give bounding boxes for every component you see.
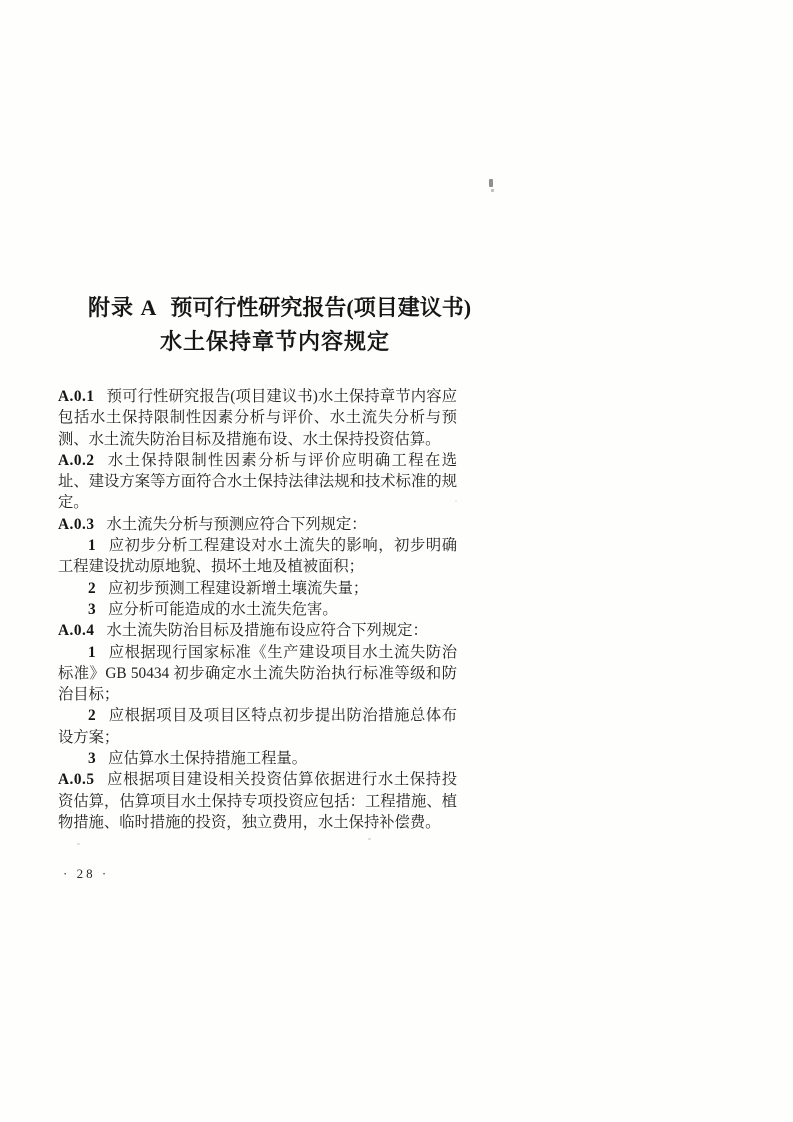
clause-paragraph: A.0.4水土流失防治目标及措施布设应符合下列规定： — [58, 620, 457, 641]
item-text: 应分析可能造成的水土流失危害。 — [108, 601, 337, 618]
clause-list: A.0.1预可行性研究报告(项目建议书)水土保持章节内容应包括水土保持限制性因素… — [58, 386, 457, 833]
numbered-item: 1应初步分析工程建设对水土流失的影响，初步明确工程建设扰动原地貌、损坏土地及植被… — [58, 535, 457, 578]
scan-speckle — [491, 189, 494, 192]
item-number: 3 — [88, 601, 96, 618]
clause-text: 水土流失分析与预测应符合下列规定： — [107, 516, 367, 533]
numbered-item: 2应初步预测工程建设新增土壤流失量； — [58, 578, 457, 599]
scan-speckle — [455, 500, 457, 502]
clause-label: A.0.1 — [58, 388, 95, 405]
item-number: 2 — [88, 707, 96, 724]
appendix-title-text: 预可行性研究报告(项目建议书) — [170, 295, 471, 320]
clause-label: A.0.5 — [58, 771, 95, 788]
clause-paragraph: A.0.3水土流失分析与预测应符合下列规定： — [58, 514, 457, 535]
item-text: 应初步分析工程建设对水土流失的影响，初步明确工程建设扰动原地貌、损坏土地及植被面… — [58, 537, 457, 575]
appendix-title-line1: 附录 A预可行性研究报告(项目建议书) — [88, 291, 471, 325]
clause-label: A.0.3 — [58, 516, 95, 533]
scan-speckle — [489, 179, 493, 187]
clause-text: 预可行性研究报告(项目建议书)水土保持章节内容应包括水土保持限制性因素分析与评价… — [58, 388, 457, 448]
clause-label: A.0.4 — [58, 622, 95, 639]
numbered-item: 2应根据项目及项目区特点初步提出防治措施总体布设方案； — [58, 705, 457, 748]
item-number: 1 — [88, 537, 96, 554]
clause-text: 水土保持限制性因素分析与评价应明确工程在选址、建设方案等方面符合水土保持法律法规… — [58, 452, 457, 512]
item-text: 应根据项目及项目区特点初步提出防治措施总体布设方案； — [58, 707, 457, 745]
clause-paragraph: A.0.1预可行性研究报告(项目建议书)水土保持章节内容应包括水土保持限制性因素… — [58, 386, 457, 450]
appendix-label: 附录 A — [88, 295, 157, 320]
numbered-item: 3应估算水土保持措施工程量。 — [58, 748, 457, 769]
page-number: · 28 · — [63, 866, 109, 882]
scan-speckle — [300, 822, 302, 824]
clause-paragraph: A.0.5应根据项目建设相关投资估算依据进行水土保持投资估算，估算项目水土保持专… — [58, 769, 457, 833]
clause-text: 应根据项目建设相关投资估算依据进行水土保持投资估算，估算项目水土保持专项投资应包… — [58, 771, 457, 831]
clause-text: 水土流失防治目标及措施布设应符合下列规定： — [107, 622, 428, 639]
clause-paragraph: A.0.2水土保持限制性因素分析与评价应明确工程在选址、建设方案等方面符合水土保… — [58, 450, 457, 514]
item-number: 1 — [88, 644, 96, 661]
appendix-title: 附录 A预可行性研究报告(项目建议书) 水土保持章节内容规定 — [88, 291, 471, 359]
scan-speckle — [77, 843, 80, 845]
scan-speckle — [368, 838, 371, 840]
numbered-item: 3应分析可能造成的水土流失危害。 — [58, 599, 457, 620]
item-number: 3 — [88, 750, 96, 767]
appendix-title-line2: 水土保持章节内容规定 — [160, 325, 471, 359]
clause-label: A.0.2 — [58, 452, 95, 469]
numbered-item: 1应根据现行国家标准《生产建设项目水土流失防治标准》GB 50434 初步确定水… — [58, 642, 457, 706]
item-text: 应估算水土保持措施工程量。 — [108, 750, 307, 767]
document-page: 附录 A预可行性研究报告(项目建议书) 水土保持章节内容规定 A.0.1预可行性… — [0, 0, 793, 1122]
item-text: 应初步预测工程建设新增土壤流失量； — [108, 580, 368, 597]
item-text: 应根据现行国家标准《生产建设项目水土流失防治标准》GB 50434 初步确定水土… — [58, 644, 457, 704]
item-number: 2 — [88, 580, 96, 597]
